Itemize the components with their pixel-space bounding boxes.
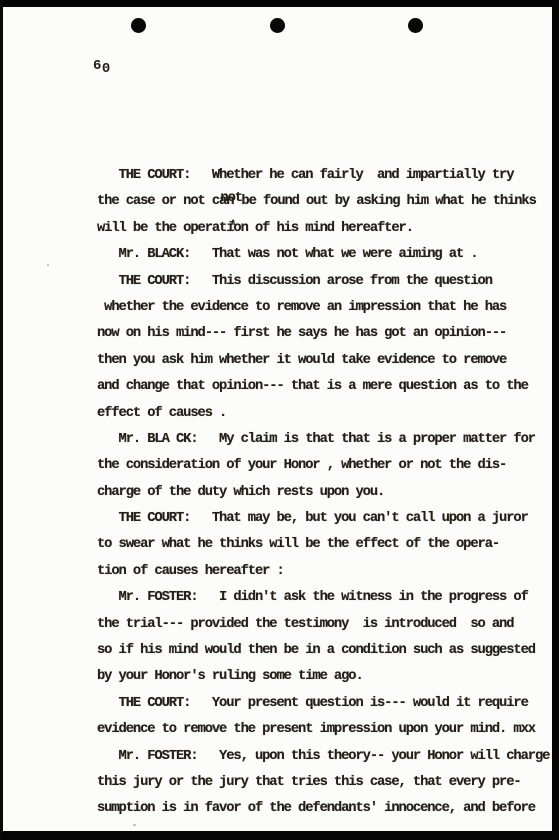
transcript-line: Mr. BLACK: That was not what we were aim… [97,242,542,268]
transcript-line: then you ask him whether it would take e… [97,348,542,374]
caret-icon: ∧ [230,210,235,236]
insertion-annotation: not∧ [233,203,241,204]
transcript-line: now on his mind--- first he says he has … [97,321,542,347]
binder-holes [3,7,552,52]
transcript-line: and change that opinion--- that is a mer… [97,374,542,400]
transcript-line: the case or not cannot∧be found out by a… [97,189,542,215]
scan-speck [47,264,49,266]
transcript-line: THE COURT: Your present question is--- w… [97,691,542,717]
transcript-line: by your Honor's ruling some time ago. [97,664,542,690]
transcript-line: Mr. BLA CK: My claim is that that is a p… [97,427,542,453]
transcript-line: the trial--- provided the testimony is i… [97,612,542,638]
page-number: 60 [93,58,111,74]
inserted-word: not [220,186,242,212]
line-text: be found out by asking him what he think… [241,194,535,209]
scan-speck [133,824,136,826]
transcript-line: the consideration of your Honor , whethe… [97,453,542,479]
transcript: THE COURT: Whether he can fairly and imp… [3,163,552,823]
transcript-line: this jury or the jury that tries this ca… [97,770,542,796]
transcript-line: effect of causes . [97,401,542,427]
transcript-line: sumption is in favor of the defendants' … [97,796,542,822]
transcript-line: Mr. FOSTER: I didn't ask the witness in … [97,585,542,611]
transcript-line: will be the operation of his mind hereaf… [97,216,542,242]
page-number-digit: 0 [102,61,111,77]
transcript-page: 60 THE COURT: Whether he can fairly and … [0,0,559,840]
transcript-line: THE COURT: Whether he can fairly and imp… [97,163,542,189]
transcript-line: charge of the duty which rests upon you. [97,480,542,506]
page-number-digit: 6 [93,58,102,74]
binder-hole-icon [408,18,423,33]
transcript-line: Mr. FOSTER: Yes, upon this theory-- your… [97,744,542,770]
binder-hole-icon [131,18,146,33]
line-text: the case or not can [97,194,233,209]
binder-hole-icon [270,18,285,33]
transcript-line: so if his mind would then be in a condit… [97,638,542,664]
transcript-line: tion of causes hereafter : [97,559,542,585]
transcript-line: THE COURT: That may be, but you can't ca… [97,506,542,532]
transcript-line: whether the evidence to remove an impres… [97,295,542,321]
transcript-line: evidence to remove the present impressio… [97,717,542,743]
transcript-line: THE COURT: This discussion arose from th… [97,269,542,295]
transcript-line: to swear what he thinks will be the effe… [97,532,542,558]
